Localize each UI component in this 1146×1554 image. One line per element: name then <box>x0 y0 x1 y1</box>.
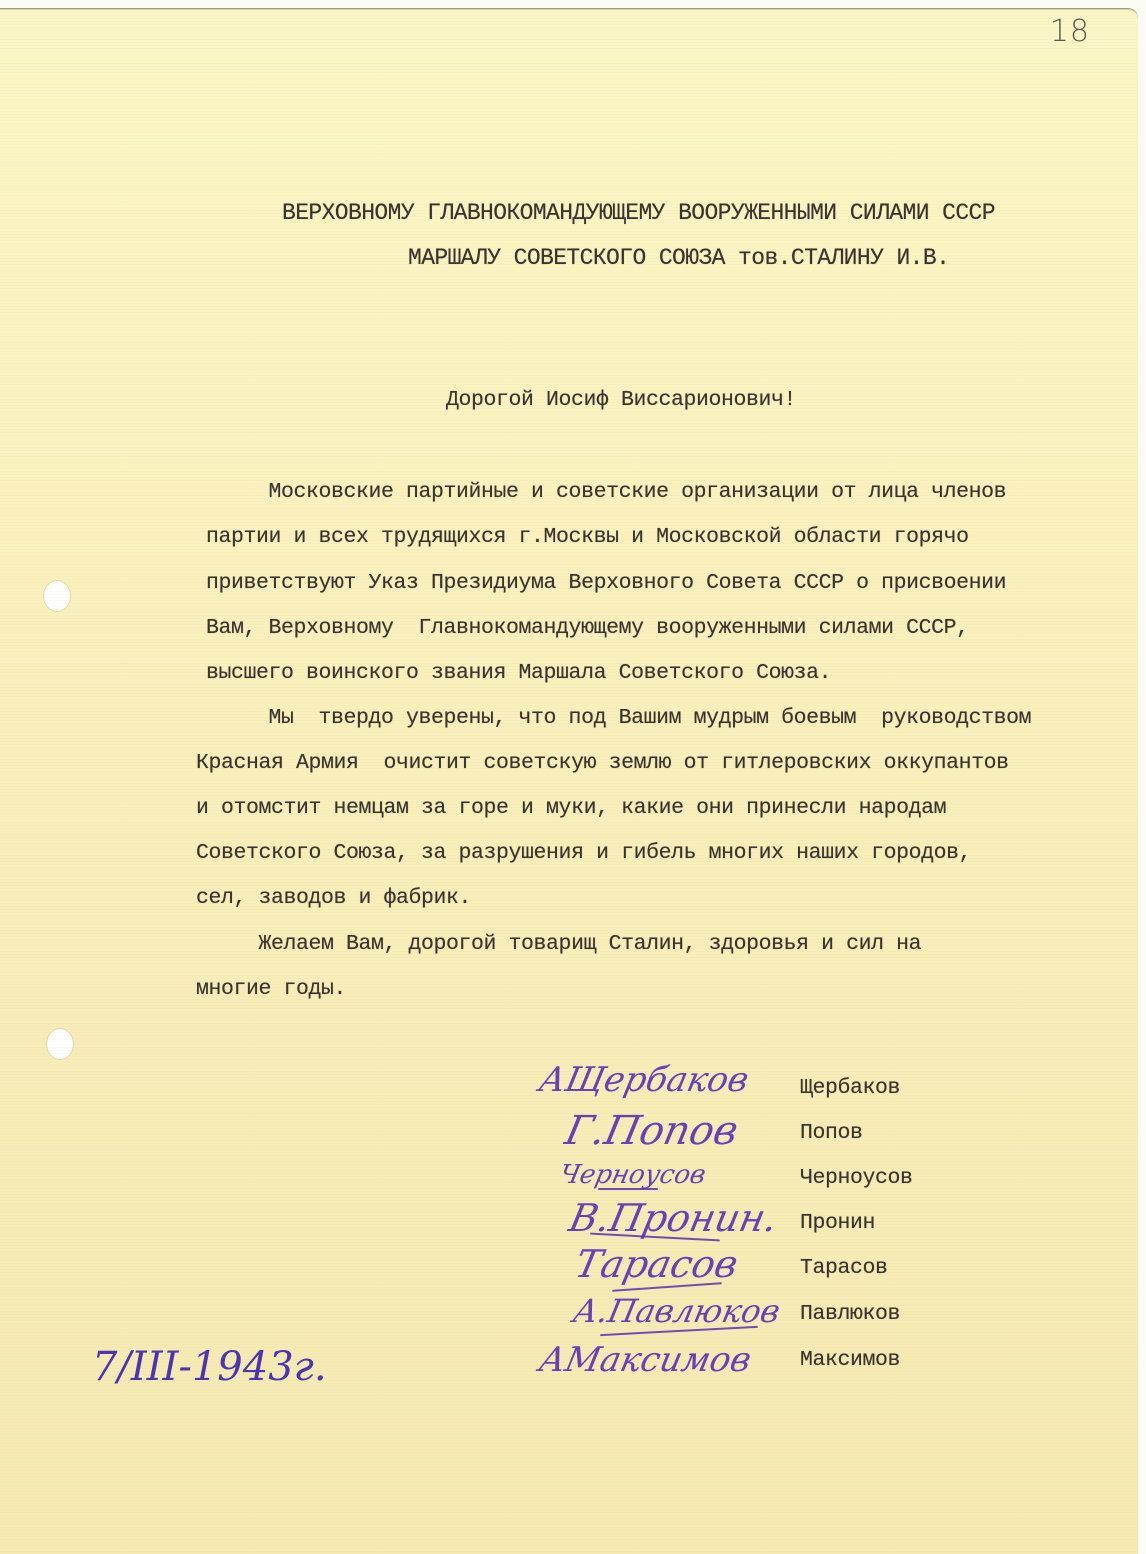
addressee-line-2: МАРШАЛУ СОВЕТСКОГО СОЮЗА тов.СТАЛИНУ И.В… <box>408 245 949 271</box>
signature: АЩербаков <box>536 1060 753 1100</box>
signatory-name: Максимов <box>800 1348 900 1372</box>
body-line: Советского Союза, за разрушения и гибель… <box>196 841 971 865</box>
signature: А.Павлюков <box>570 1292 784 1330</box>
body-line: Мы твердо уверены, что под Вашим мудрым … <box>206 706 1031 730</box>
salutation: Дорогой Иосиф Виссарионович! <box>446 388 796 412</box>
body-line: Красная Армия очистит советскую землю от… <box>196 751 1009 775</box>
punch-hole <box>44 581 70 611</box>
body-line: Московские партийные и советские организ… <box>206 480 1006 504</box>
punch-hole <box>47 1029 73 1059</box>
signature: Черноусов <box>557 1160 709 1190</box>
body-line: Желаем Вам, дорогой товарищ Сталин, здор… <box>196 932 921 956</box>
body-line: сел, заводов и фабрик. <box>196 886 471 910</box>
body-line: партии и всех трудящихся г.Москвы и Моск… <box>206 525 969 549</box>
handwritten-date: 7/III-1943г. <box>92 1344 327 1390</box>
body-line: Вам, Верховному Главнокомандующему воору… <box>206 616 969 640</box>
body-line: многие годы. <box>196 977 346 1001</box>
signatory-name: Щербаков <box>800 1076 900 1100</box>
signatory-name: Тарасов <box>800 1256 888 1280</box>
body-line: и отомстит немцам за горе и муки, какие … <box>196 796 946 820</box>
archive-sheet-number: 18 <box>1050 14 1090 49</box>
signature: Г.Попов <box>561 1108 742 1154</box>
body-line: высшего воинского звания Маршала Советск… <box>206 661 831 685</box>
signature-underline <box>598 1188 658 1190</box>
signatory-name: Черноусов <box>800 1166 913 1190</box>
addressee-line-1: ВЕРХОВНОМУ ГЛАВНОКОМАНДУЮЩЕМУ ВООРУЖЕННЫ… <box>282 200 995 226</box>
document-page <box>0 8 1138 1554</box>
signatory-name: Пронин <box>800 1211 875 1235</box>
signatory-name: Павлюков <box>800 1302 900 1326</box>
body-line: приветствуют Указ Президиума Верховного … <box>206 571 1006 595</box>
signature: Тарасов <box>571 1242 742 1286</box>
signatory-name: Попов <box>800 1121 863 1145</box>
signature: АМаксимов <box>536 1340 755 1380</box>
